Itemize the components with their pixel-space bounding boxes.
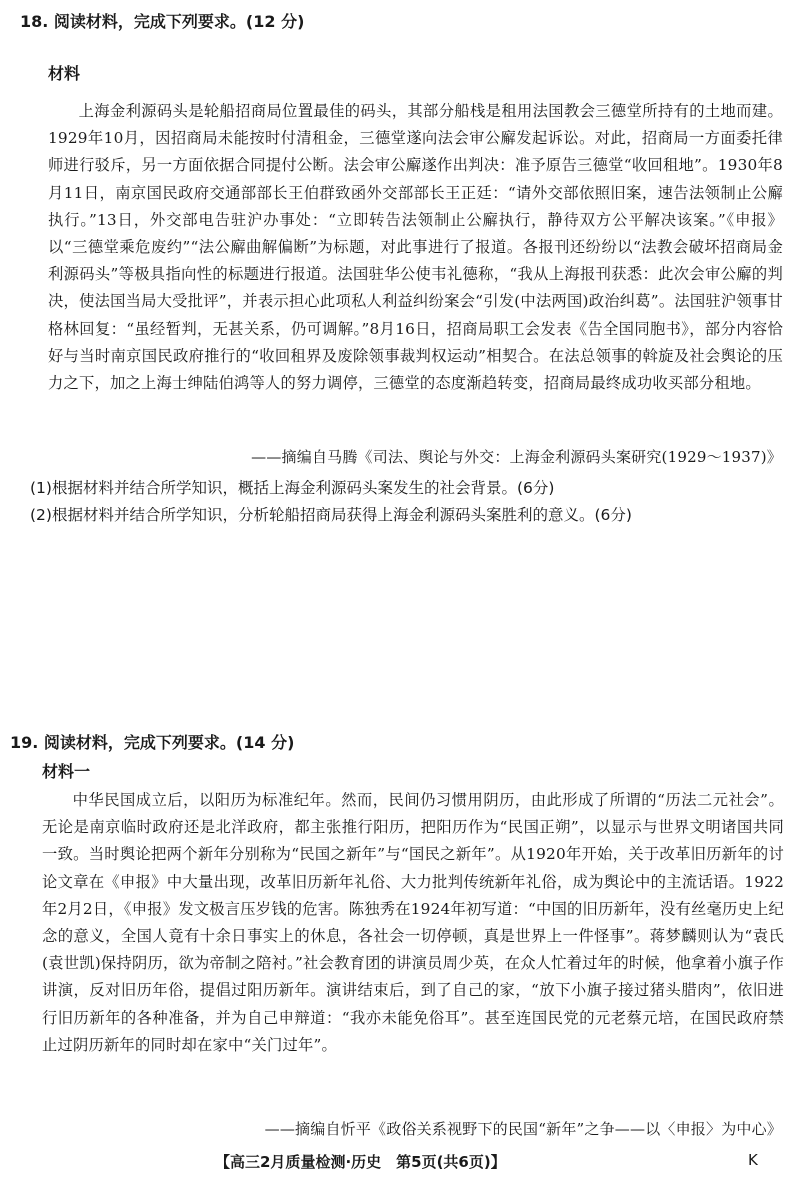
material-one-paragraph: 中华民国成立后，以阳历为标准纪年。然而，民间仍习惯用阴历，由此形成了所谓的“历法…: [42, 787, 784, 1059]
sub-question-2: (2)根据材料并结合所学知识，分析轮船招商局获得上海金利源码头案胜利的意义。(6…: [30, 503, 632, 525]
paper-code: K: [748, 1151, 758, 1169]
material-source: ——摘编自马腾《司法、舆论与外交：上海金利源码头案研究(1929～1937)》: [251, 446, 782, 467]
question-18-title: 18. 阅读材料，完成下列要求。(12 分): [20, 9, 304, 32]
material-one-source: ——摘编自忻平《政俗关系视野下的民国“新年”之争——以〈申报〉为中心》: [265, 1118, 782, 1139]
question-19-title: 19. 阅读材料，完成下列要求。(14 分): [10, 730, 294, 753]
material-paragraph: 上海金利源码头是轮船招商局位置最佳的码头，其部分船栈是租用法国教会三德堂所持有的…: [48, 98, 783, 397]
page-footer: 【高三2月质量检测·历史 第5页(共6页)】: [215, 1151, 506, 1172]
sub-question-1: (1)根据材料并结合所学知识，概括上海金利源码头案发生的社会背景。(6分): [30, 476, 554, 498]
material-label: 材料: [48, 61, 80, 84]
material-one-label: 材料一: [42, 759, 90, 782]
